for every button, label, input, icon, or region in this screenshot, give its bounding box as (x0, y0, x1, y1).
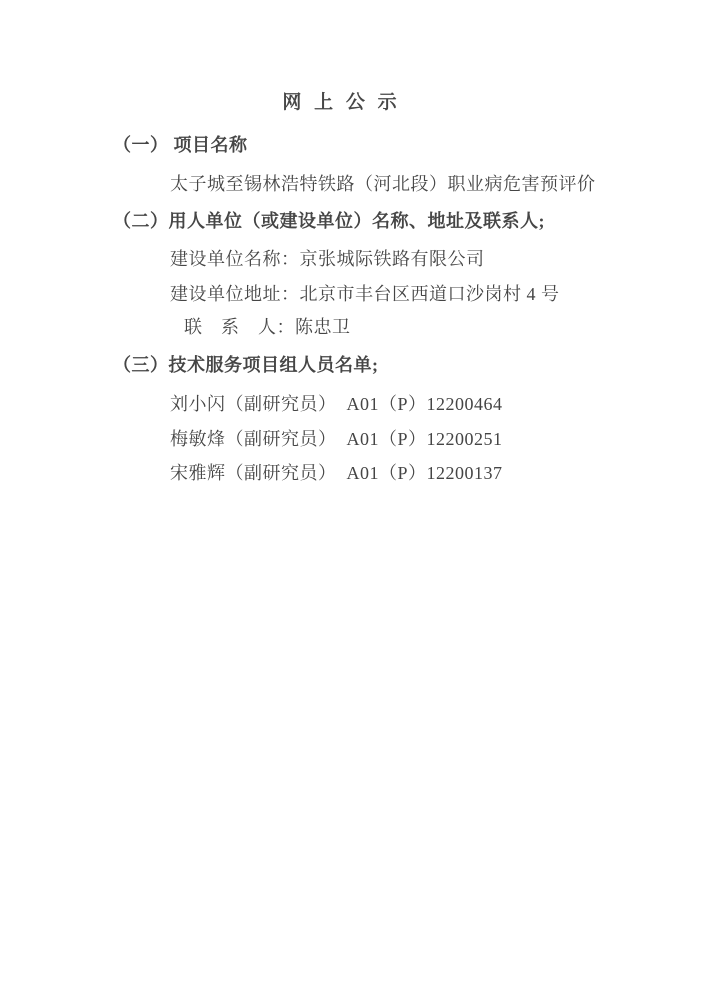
construction-unit-address-text: 建设单位地址：北京市丰台区西道口沙岗村 4 号 (170, 283, 560, 305)
construction-unit-name-text: 建设单位名称：京张城际铁路有限公司 (170, 248, 485, 270)
document-page: 网 上 公 示 （一） 项目名称 太子城至锡林浩特铁路（河北段）职业病危害预评价… (0, 0, 707, 1000)
section-1-heading: （一） 项目名称 (113, 134, 248, 156)
section-3-heading: （三）技术服务项目组人员名单; (113, 354, 379, 376)
personnel-entry-3: 宋雅辉（副研究员） A01（P）12200137 (170, 462, 503, 484)
contact-person-text: 联 系 人：陈忠卫 (184, 316, 351, 338)
document-title: 网 上 公 示 (0, 92, 683, 114)
project-name-text: 太子城至锡林浩特铁路（河北段）职业病危害预评价 (170, 173, 596, 195)
personnel-entry-1: 刘小闪（副研究员） A01（P）12200464 (170, 393, 503, 415)
personnel-entry-2: 梅敏烽（副研究员） A01（P）12200251 (170, 428, 503, 450)
section-2-heading: （二）用人单位（或建设单位）名称、地址及联系人; (113, 210, 545, 232)
